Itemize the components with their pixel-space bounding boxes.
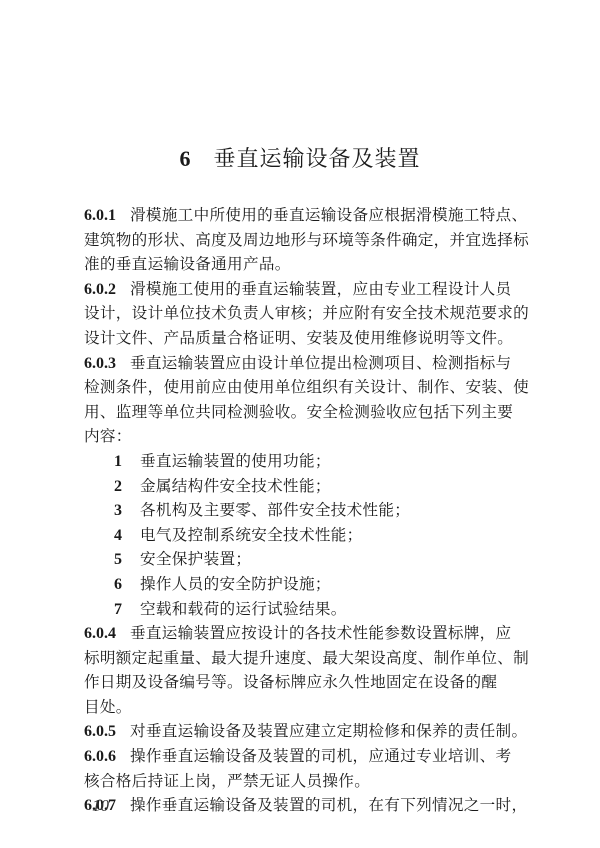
list-item-number: 3 xyxy=(114,499,140,524)
line-text: 操作垂直运输设备及装置的司机，在有下列情况之一时， xyxy=(130,796,527,814)
list-item-number: 1 xyxy=(114,450,140,475)
clause-line: 6.0.5对垂直运输设备及装置应建立定期检修和保养的责任制。 xyxy=(84,719,520,744)
text-line: 标明额定起重量、最大提升速度、最大架设高度、制作单位、制 xyxy=(84,646,520,671)
line-text: 垂直运输装置的使用功能； xyxy=(140,452,331,470)
line-text: 核合格后持证上岗，严禁无证人员操作。 xyxy=(84,772,370,790)
list-item: 6操作人员的安全防护设施； xyxy=(84,572,520,597)
list-item-number: 2 xyxy=(114,475,140,500)
list-item-number: 6 xyxy=(114,573,140,598)
clause-line: 6.0.7操作垂直运输设备及装置的司机，在有下列情况之一时， xyxy=(84,793,520,818)
clause-line: 6.0.1滑模施工中所使用的垂直运输设备应根据滑模施工特点、 xyxy=(84,203,520,228)
line-text: 设计，设计单位技术负责人审核；并应附有安全技术规范要求的 xyxy=(84,304,529,322)
chapter-title: 6垂直运输设备及装置 xyxy=(0,144,600,175)
list-item-number: 4 xyxy=(114,524,140,549)
chapter-number: 6 xyxy=(179,146,191,171)
list-item: 2金属结构件安全技术性能； xyxy=(84,474,520,499)
document-page: 6垂直运输设备及装置 6.0.1滑模施工中所使用的垂直运输设备应根据滑模施工特点… xyxy=(0,0,600,848)
text-line: 检测条件，使用前应由使用单位组织有关设计、制作、安装、使 xyxy=(84,375,520,400)
list-item-number: 5 xyxy=(114,548,140,573)
text-line: 设计，设计单位技术负责人审核；并应附有安全技术规范要求的 xyxy=(84,301,520,326)
list-item: 4电气及控制系统安全技术性能； xyxy=(84,523,520,548)
line-text: 作日期及设备编号等。设备标牌应永久性地固定在设备的醒 xyxy=(84,673,497,691)
text-line: 准的垂直运输设备通用产品。 xyxy=(84,252,520,277)
line-text: 垂直运输装置应按设计的各技术性能参数设置标牌，应 xyxy=(130,624,511,642)
list-item: 3各机构及主要零、部件安全技术性能； xyxy=(84,498,520,523)
document-body: 6.0.1滑模施工中所使用的垂直运输设备应根据滑模施工特点、建筑物的形状、高度及… xyxy=(84,203,520,818)
text-line: 内容： xyxy=(84,424,520,449)
line-text: 操作垂直运输设备及装置的司机，应通过专业培训、考 xyxy=(130,747,511,765)
list-item: 7空载和载荷的运行试验结果。 xyxy=(84,597,520,622)
clause-line: 6.0.4垂直运输装置应按设计的各技术性能参数设置标牌，应 xyxy=(84,621,520,646)
line-text: 滑模施工使用的垂直运输装置，应由专业工程设计人员 xyxy=(130,280,511,298)
clause-number: 6.0.1 xyxy=(84,207,116,224)
clause-number: 6.0.5 xyxy=(84,723,116,740)
line-text: 内容： xyxy=(84,427,132,445)
text-line: 作日期及设备编号等。设备标牌应永久性地固定在设备的醒 xyxy=(84,670,520,695)
line-text: 滑模施工中所使用的垂直运输设备应根据滑模施工特点、 xyxy=(130,206,527,224)
text-line: 用、监理等单位共同检测验收。安全检测验收应包括下列主要 xyxy=(84,400,520,425)
clause-number: 6.0.6 xyxy=(84,748,116,765)
line-text: 准的垂直运输设备通用产品。 xyxy=(84,255,291,273)
clause-number: 6.0.2 xyxy=(84,281,116,298)
clause-line: 6.0.3垂直运输装置应由设计单位提出检测项目、检测指标与 xyxy=(84,351,520,376)
line-text: 空载和载荷的运行试验结果。 xyxy=(140,600,347,618)
list-item-number: 7 xyxy=(114,598,140,623)
text-line: 核合格后持证上岗，严禁无证人员操作。 xyxy=(84,769,520,794)
line-text: 对垂直运输设备及装置应建立定期检修和保养的责任制。 xyxy=(130,722,527,740)
line-text: 设计文件、产品质量合格证明、安装及使用维修说明等文件。 xyxy=(84,329,513,347)
line-text: 检测条件，使用前应由使用单位组织有关设计、制作、安装、使 xyxy=(84,378,529,396)
text-line: 目处。 xyxy=(84,695,520,720)
clause-number: 6.0.4 xyxy=(84,625,116,642)
line-text: 标明额定起重量、最大提升速度、最大架设高度、制作单位、制 xyxy=(84,649,529,667)
list-item: 1垂直运输装置的使用功能； xyxy=(84,449,520,474)
line-text: 用、监理等单位共同检测验收。安全检测验收应包括下列主要 xyxy=(84,403,513,421)
line-text: 操作人员的安全防护设施； xyxy=(140,575,331,593)
page-number: 10 xyxy=(92,796,109,816)
line-text: 电气及控制系统安全技术性能； xyxy=(140,526,363,544)
text-line: 建筑物的形状、高度及周边地形与环境等条件确定，并宜选择标 xyxy=(84,228,520,253)
line-text: 金属结构件安全技术性能； xyxy=(140,477,331,495)
clause-number: 6.0.3 xyxy=(84,355,116,372)
line-text: 建筑物的形状、高度及周边地形与环境等条件确定，并宜选择标 xyxy=(84,231,529,249)
line-text: 垂直运输装置应由设计单位提出检测项目、检测指标与 xyxy=(130,354,511,372)
list-item: 5安全保护装置； xyxy=(84,547,520,572)
line-text: 目处。 xyxy=(84,698,132,716)
chapter-title-text: 垂直运输设备及装置 xyxy=(213,147,420,172)
text-line: 设计文件、产品质量合格证明、安装及使用维修说明等文件。 xyxy=(84,326,520,351)
clause-line: 6.0.6操作垂直运输设备及装置的司机，应通过专业培训、考 xyxy=(84,744,520,769)
line-text: 各机构及主要零、部件安全技术性能； xyxy=(140,501,410,519)
line-text: 安全保护装置； xyxy=(140,550,251,568)
clause-line: 6.0.2滑模施工使用的垂直运输装置，应由专业工程设计人员 xyxy=(84,277,520,302)
